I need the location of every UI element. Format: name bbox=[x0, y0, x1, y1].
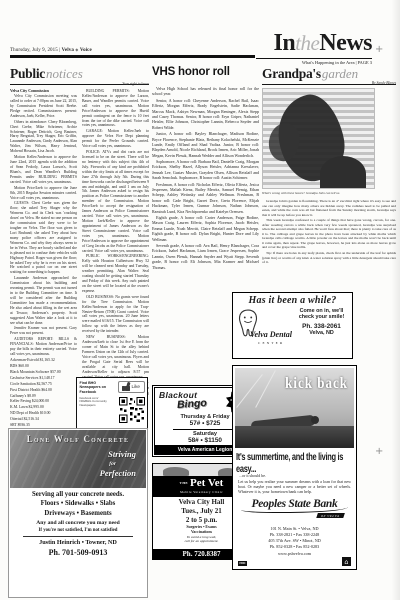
paragraph: K.M. Lawn $2,995.00 bbox=[10, 405, 77, 410]
dental-headline: Has it been a while? bbox=[236, 295, 349, 306]
lone-wolf-script-3: Perfection bbox=[100, 468, 136, 478]
dateline: Thursday, July 9, 2015 | Velva ◆ Voice bbox=[10, 47, 92, 53]
paragraph: Eighth grade, A honor roll: Carter Ander… bbox=[152, 215, 259, 242]
dental-brand: Velva Dental bbox=[250, 330, 292, 339]
concrete-photo: Lone Wolf Concrete Striving for Perfecti… bbox=[10, 430, 146, 488]
paragraph: BUILDING PERMITS: Motion Keller/Anderson… bbox=[82, 89, 149, 128]
scan-edge-shadow bbox=[391, 0, 400, 600]
facebook-like-button: Like bbox=[118, 381, 145, 393]
paragraph: NEW BUSINESS: Motion Anderson/Jaeb to cl… bbox=[82, 335, 149, 379]
paragraph: AUDITORS REPORT: BILLS & FINANCIALS: Mot… bbox=[10, 337, 77, 357]
person-head-shape bbox=[311, 416, 319, 424]
thumbs-up-icon bbox=[122, 383, 130, 391]
peoples-state-bank-ad: kick back It's summertime, and the livin… bbox=[232, 365, 357, 570]
paragraph: GARAGE: Motion Keller/Jaeb to approve th… bbox=[82, 129, 149, 149]
fdic-icon: FDIC bbox=[238, 561, 247, 566]
equal-housing-lender-icon: ⌂ bbox=[342, 557, 351, 566]
like-label: Like bbox=[132, 384, 140, 389]
dental-copy-2: check your smile! bbox=[294, 314, 349, 320]
lone-wolf-line: Driveways • Basements bbox=[9, 510, 147, 517]
paragraph: BDS $60.00 bbox=[10, 364, 77, 369]
header-rule bbox=[10, 55, 255, 58]
paragraph: Circle Sanitation $2,567.75 bbox=[10, 382, 77, 387]
qr-code-icon bbox=[119, 397, 145, 423]
paragraph: First District Health $64.00 bbox=[10, 388, 77, 393]
bank-headline: It's summertime, and the living is easy.… bbox=[236, 451, 351, 474]
paragraph: Ackerman-Estvold $1,165.32 bbox=[10, 358, 77, 363]
leaves-photo bbox=[262, 88, 375, 189]
masthead: IntheNews bbox=[250, 31, 372, 56]
boat-photo: kick back bbox=[235, 368, 354, 448]
garden-title-bold: Grandpa's bbox=[262, 66, 321, 81]
paragraph: Motion Keller/Anderson to approve the Ju… bbox=[10, 155, 77, 185]
lone-wolf-line: Serving all your concrete needs. bbox=[9, 491, 147, 498]
paragraph: This week Grandpa confessed to a couple … bbox=[262, 218, 396, 250]
paragraph: POLICE: ATVs and dirt carts are not lice… bbox=[82, 150, 149, 253]
masthead-word-the: the bbox=[295, 31, 319, 55]
paragraph: ND Dept of Health $10.00 bbox=[10, 411, 77, 416]
paragraph: Tip: If there are holes in any leafy pla… bbox=[262, 251, 396, 265]
paragraph: Velva City Commission meeting was called… bbox=[10, 94, 77, 119]
lone-wolf-line: Any and all concrete you may need bbox=[9, 520, 147, 526]
lone-wolf-script-2: for bbox=[109, 461, 116, 467]
dental-phone: Ph. 338-2061 bbox=[294, 323, 349, 330]
bank-copy: Let us help you realize your summer drea… bbox=[238, 479, 351, 495]
public-notices-title-bold: Public bbox=[10, 66, 45, 81]
masthead-word-news: News bbox=[319, 30, 372, 56]
public-notices-title-italic: notices bbox=[46, 66, 83, 81]
facebook-url: facebook.com/ NDsBHG Community Newspaper… bbox=[80, 397, 108, 423]
masthead-word-in: In bbox=[274, 30, 296, 56]
facebook-promo-text: Find BHG Newspapers on Facebook bbox=[80, 381, 116, 395]
public-notices-paragraphs-a: Velva City Commission meeting was called… bbox=[10, 94, 77, 357]
paragraph: Black Mountain Software $57.00 bbox=[10, 370, 77, 375]
public-notices-paragraphs-b: BUILDING PERMITS: Motion Keller/Anderson… bbox=[82, 89, 149, 379]
paragraph: Gaffaney's $8.09 bbox=[10, 394, 77, 399]
lone-wolf-contact: Justin Heinrich • Towner, ND bbox=[9, 539, 147, 546]
registration-mark-icon: + bbox=[375, 446, 383, 457]
divider bbox=[23, 536, 133, 537]
registration-mark-icon: + bbox=[375, 44, 383, 55]
paragraph: Cashwise Services $1,148.17 bbox=[10, 376, 77, 381]
garden-body: Grandpa John's garden is flourishing. Th… bbox=[262, 199, 396, 287]
bank-logo: Peoples State Bank OF VELVA bbox=[233, 497, 356, 524]
newspaper-page: Thursday, July 9, 2015 | Velva ◆ Voice I… bbox=[0, 0, 400, 600]
dateline-date: Thursday, July 9, 2015 | bbox=[10, 48, 60, 53]
paragraph: Jennifer Kramer was not present. Gary Pe… bbox=[10, 326, 77, 336]
honor-roll-headline: VHS honor roll bbox=[152, 66, 259, 78]
paragraph: Sophomore, A honor roll: Barbara Bail, D… bbox=[152, 159, 259, 181]
pet-vet-the: THE bbox=[180, 481, 188, 485]
lone-wolf-script-1: Striving bbox=[108, 449, 136, 459]
paragraph: PUBLIC WORKS/ENGINEERING: Kelly with Hou… bbox=[82, 254, 149, 293]
rock-shape bbox=[320, 156, 366, 189]
paragraph: Ottertail $2,516.34 bbox=[10, 417, 77, 422]
paragraph: Senior, A honor roll: Cheyenne Anderson,… bbox=[152, 98, 259, 130]
boat-deck-shape bbox=[235, 426, 354, 448]
garden-title-italic: garden bbox=[322, 66, 358, 81]
lone-wolf-phone: Ph. 701-509-0913 bbox=[9, 548, 147, 557]
paper-name-diamond-icon: ◆ bbox=[75, 47, 78, 52]
paragraph: OLD BUSINESS: No grants were found for t… bbox=[82, 295, 149, 334]
bank-brand-sub: OF VELVA bbox=[316, 513, 345, 518]
lone-wolf-line: If you're not satisfied, I'm not satisfi… bbox=[9, 528, 147, 533]
paragraph: GUESTS: Cheri Grebe was given the floor;… bbox=[10, 201, 77, 275]
velva-dental-ad: Has it been a while? Velva Dental CENTER… bbox=[232, 292, 353, 359]
dental-city: Velva, ND bbox=[294, 330, 349, 336]
paragraph: Junior, A honor roll: Bayley Blanchager,… bbox=[152, 131, 259, 158]
paragraph: Others in attendance: Chery Bloomberg, C… bbox=[10, 120, 77, 154]
paragraph: Keller Paving $24,000.00 bbox=[10, 399, 77, 404]
garden-byline: By Sandy Blanes bbox=[262, 81, 396, 85]
bank-address: 101 N. Main St. • Velva, NDPh. 338-2821 … bbox=[233, 526, 356, 557]
paragraph: Grandpa John's garden is flourishing. Th… bbox=[262, 199, 396, 217]
lone-wolf-concrete-ad: Lone Wolf Concrete Striving for Perfecti… bbox=[8, 428, 148, 598]
masthead-rule bbox=[256, 58, 372, 59]
public-notices-bills-list: Ackerman-Estvold $1,165.32BDS $60.00Blac… bbox=[10, 358, 77, 434]
paragraph: Seventh grade, A honor roll: Ava Bail, H… bbox=[152, 243, 259, 270]
lone-wolf-title: Lone Wolf Concrete bbox=[10, 434, 146, 444]
dog-silhouette-icon bbox=[163, 467, 189, 476]
public-notices-tagline: Your right to know bbox=[10, 82, 149, 86]
bingo-title-bingo: Bingo bbox=[177, 397, 208, 411]
paragraph: Velva High School has released its final… bbox=[152, 86, 259, 97]
dental-brand-sub: CENTER bbox=[258, 341, 284, 345]
paragraph: Lauannde Anderson approached the Commiss… bbox=[10, 276, 77, 325]
fishing-rod-shape bbox=[255, 370, 276, 408]
kick-back-headline: kick back bbox=[285, 373, 348, 393]
lone-wolf-line: Floors • Sidewalks • Slabs bbox=[9, 500, 147, 507]
fishing-rod-shape bbox=[236, 374, 263, 408]
paragraph: Freshman, A honor roll: Nicholas Effertz… bbox=[152, 182, 259, 214]
bank-brand: Peoples State Bank bbox=[233, 498, 356, 510]
paragraph: Motion Price/Jaeb to approve the June 8t… bbox=[10, 186, 77, 201]
paper-name-right: Voice bbox=[80, 48, 92, 53]
garden-photo-caption: What's wrong with these leaves? Grandpa … bbox=[262, 191, 375, 195]
divider bbox=[173, 429, 237, 430]
paper-name-left: Velva bbox=[62, 48, 74, 53]
pet-vet-brand: Pet Vet bbox=[190, 477, 223, 489]
